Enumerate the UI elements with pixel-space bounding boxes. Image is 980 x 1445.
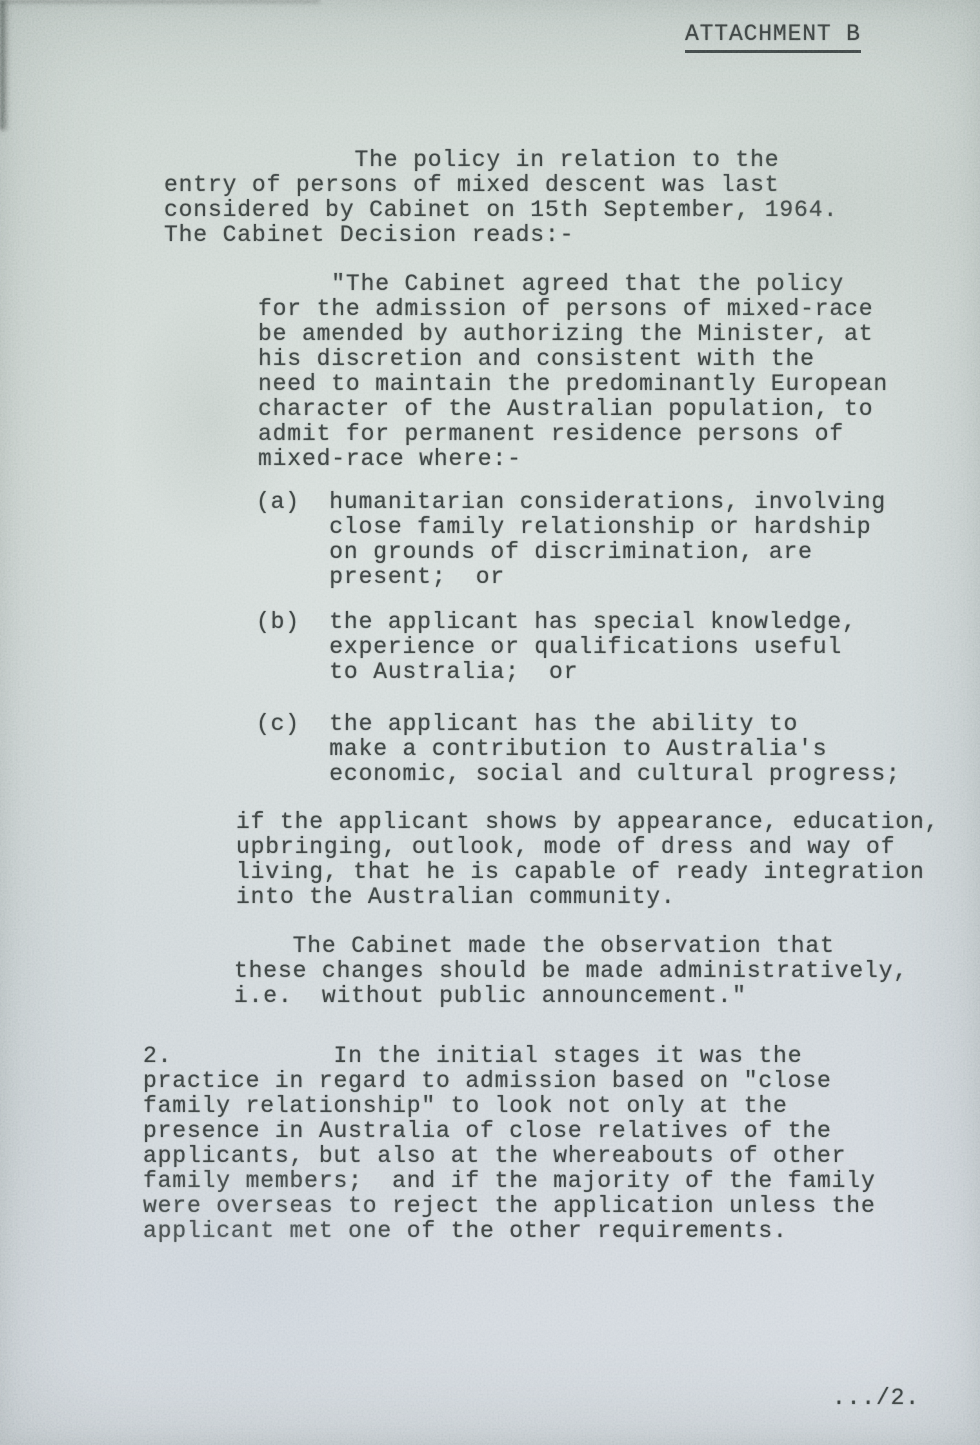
paragraph-2: 2. In the initial stages it was the prac… xyxy=(143,1044,876,1244)
list-item-c: (c) the applicant has the ability to mak… xyxy=(256,712,901,787)
page-continuation-marker: .../2. xyxy=(832,1386,920,1411)
list-item-b: (b) the applicant has special knowledge,… xyxy=(256,610,857,685)
cabinet-quote-opening: "The Cabinet agreed that the policy for … xyxy=(258,272,888,472)
scan-edge-shadow xyxy=(0,0,9,130)
scan-edge-shadow xyxy=(0,0,320,5)
list-item-a: (a) humanitarian considerations, involvi… xyxy=(256,490,886,590)
attachment-label: ATTACHMENT B xyxy=(685,22,861,53)
quote-condition-paragraph: if the applicant shows by appearance, ed… xyxy=(236,810,939,910)
cabinet-quote-closing: The Cabinet made the observation that th… xyxy=(234,934,908,1009)
scanned-document-page: ATTACHMENT B The policy in relation to t… xyxy=(0,0,980,1445)
intro-paragraph: The policy in relation to the entry of p… xyxy=(164,148,838,248)
